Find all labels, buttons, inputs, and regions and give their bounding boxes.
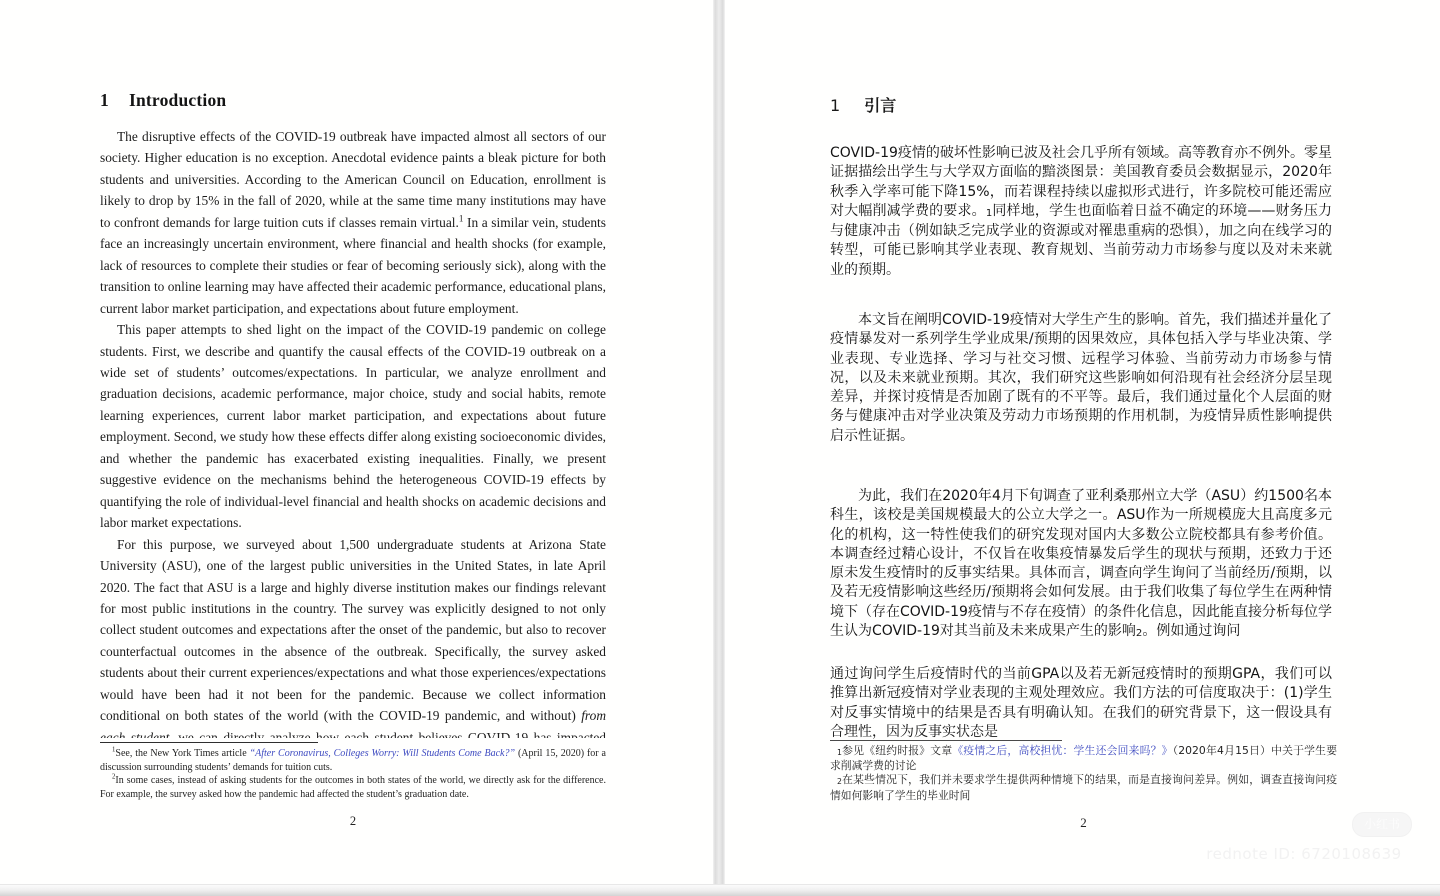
body-text: The disruptive effects of the COVID-19 o…	[100, 126, 606, 738]
paragraph: This paper attempts to shed light on the…	[100, 319, 606, 534]
footnote-marker: 1	[837, 748, 842, 757]
footnote: 2在某些情况下，我们并未要求学生提供两种情境下的结果，而是直接询问差异。例如，调…	[830, 773, 1337, 802]
text-segment: In some cases, instead of asking student…	[100, 775, 606, 800]
page-number: 2	[830, 815, 1337, 831]
section-heading: 1引言	[830, 93, 896, 116]
paragraph: 通过询问学生后疫情时代的当前GPA以及若无新冠疫情时的预期GPA，我们可以推算出…	[830, 665, 1332, 742]
footnote: 2In some cases, instead of asking studen…	[100, 774, 606, 801]
document-viewer: 1Introduction The disruptive effects of …	[0, 0, 1440, 896]
footnote-link[interactable]: “After Coronavirus, Colleges Worry: Will…	[250, 748, 515, 759]
paragraph: The disruptive effects of the COVID-19 o…	[100, 126, 606, 319]
paragraph: COVID-19疫情的破坏性影响已波及社会几乎所有领域。高等教育亦不例外。零星证…	[830, 144, 1332, 280]
footnote-marker: 2	[837, 777, 842, 786]
text-segment: This paper attempts to shed light on the…	[100, 322, 606, 530]
text-segment: For this purpose, we surveyed about 1,50…	[100, 537, 606, 724]
footnote-rule	[830, 740, 1062, 741]
page-number: 2	[100, 814, 606, 829]
footnote: 1参见《纽约时报》文章《疫情之后，高校担忧：学生还会回来吗？》（2020年4月1…	[830, 744, 1337, 773]
text-segment: 通过询问学生后疫情时代的当前GPA以及若无新冠疫情时的预期GPA，我们可以推算出…	[830, 666, 1332, 740]
footnote: 1See, the New York Times article “After …	[100, 747, 606, 774]
text-segment: 。例如通过询问	[1142, 623, 1240, 639]
paragraph: For this purpose, we surveyed about 1,50…	[100, 534, 606, 738]
section-title: 引言	[864, 96, 896, 115]
text-segment: 参见《纽约时报》文章	[842, 744, 952, 757]
page-divider	[713, 0, 725, 884]
section-title: Introduction	[129, 90, 226, 110]
watermark-id-text: rednote ID: 6720108639	[1178, 845, 1430, 863]
text-segment: 在某些情况下，我们并未要求学生提供两种情境下的结果，而是直接询问差异。例如，调查…	[830, 773, 1337, 801]
paragraph: 本文旨在阐明COVID-19疫情对大学生产生的影响。首先，我们描述并量化了疫情暴…	[830, 311, 1332, 446]
footnotes: 1参见《纽约时报》文章《疫情之后，高校担忧：学生还会回来吗？》（2020年4月1…	[830, 744, 1337, 803]
page-chinese: 1引言 COVID-19疫情的破坏性影响已波及社会几乎所有领域。高等教育亦不例外…	[725, 0, 1440, 884]
text-segment: , we can directly analyze how each stude…	[100, 730, 606, 738]
text-segment: 本文旨在阐明COVID-19疫情对大学生产生的影响。首先，我们描述并量化了疫情暴…	[830, 312, 1332, 444]
footnotes: 1See, the New York Times article “After …	[100, 747, 606, 801]
section-number: 1	[100, 90, 109, 110]
watermark-badge: 小红书	[1352, 812, 1412, 837]
section-number: 1	[830, 96, 840, 115]
footnote-rule	[100, 742, 318, 743]
text-segment: 为此，我们在2020年4月下旬调查了亚利桑那州立大学（ASU）约1500名本科生…	[830, 488, 1332, 639]
page-english: 1Introduction The disruptive effects of …	[0, 0, 713, 884]
footnote-marker: 1	[986, 208, 992, 219]
text-segment: See, the New York Times article	[115, 748, 249, 759]
paragraph: 为此，我们在2020年4月下旬调查了亚利桑那州立大学（ASU）约1500名本科生…	[830, 487, 1332, 642]
section-heading: 1Introduction	[100, 90, 226, 111]
footnote-marker: 2	[1136, 628, 1142, 639]
footnote-link[interactable]: 《疫情之后，高校担忧：学生还会回来吗？》	[952, 744, 1172, 757]
page-bottom-edge	[0, 884, 1440, 896]
